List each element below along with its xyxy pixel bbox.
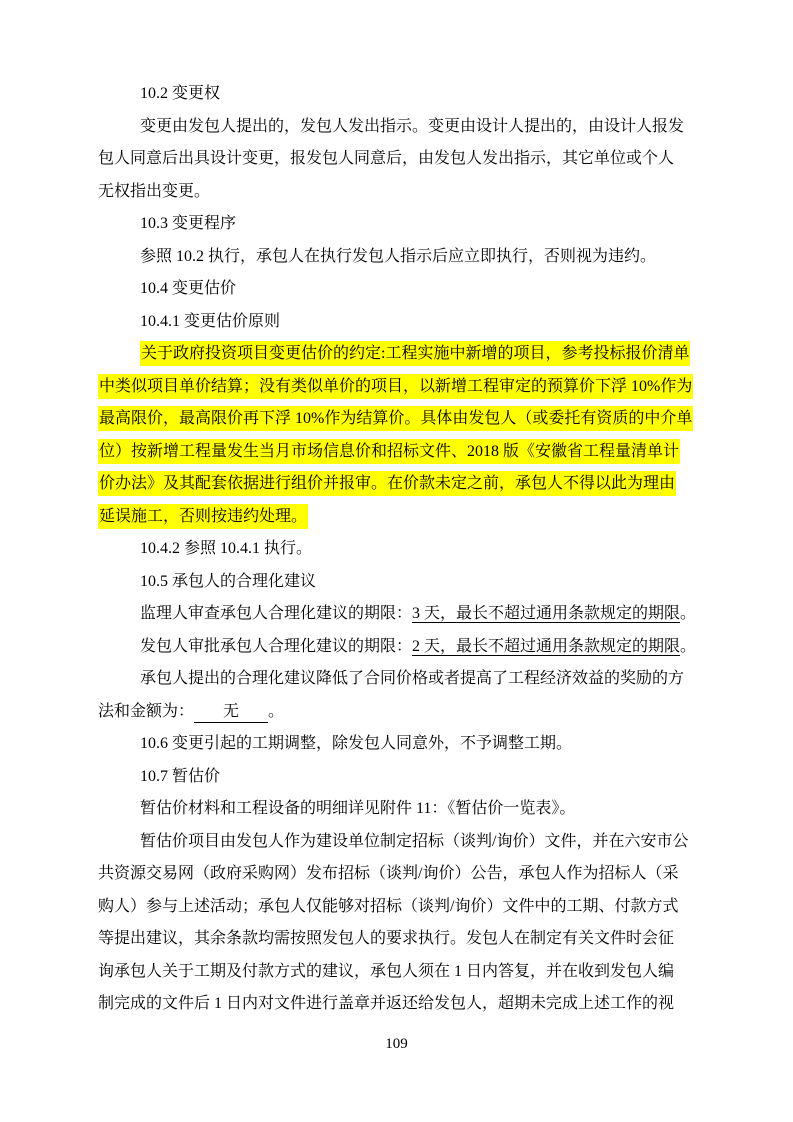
review-period-label: 监理人审查承包人合理化建议的期限： [140,605,412,622]
paragraph-line: 等提出建议，其余条款均需按照发包人的要求执行。发包人在制定有关文件时会征 [98,923,704,956]
paragraph-line: 承包人提出的合理化建议降低了合同价格或者提高了工程经济效益的奖励的方 [98,663,704,696]
paragraph-line: 变更由发包人提出的，发包人发出指示。变更由设计人提出的，由设计人报发 [98,111,704,144]
sentence-period: 。 [680,605,696,622]
highlighted-text: 延误施工，否则按违约处理。 [98,504,308,529]
highlighted-text: 最高限价，最高限价再下浮 10%作为结算价。具体由发包人（或委托有资质的中介单 [98,406,693,431]
approve-period-line: 发包人审批承包人合理化建议的期限：2 天，最长不超过通用条款规定的期限。 [98,631,704,664]
heading-10-5: 10.5 承包人的合理化建议 [98,566,704,599]
heading-10-4-1: 10.4.1 变更估价原则 [98,306,704,339]
heading-10-2: 10.2 变更权 [98,78,704,111]
document-content: 10.2 变更权 变更由发包人提出的，发包人发出指示。变更由设计人提出的，由设计… [98,78,704,1021]
paragraph-line: 制完成的文件后 1 日内对文件进行盖章并返还给发包人，超期未完成上述工作的视 [98,988,704,1021]
highlighted-line: 价办法》及其配套依据进行组价并报审。在价款未定之前，承包人不得以此为理由 [98,468,704,501]
highlighted-line: 位）按新增工程量发生当月市场信息价和招标文件、2018 版《安徽省工程量清单计 [98,436,704,469]
reward-amount-line: 法和金额为：无。 [98,696,704,729]
document-page: 10.2 变更权 变更由发包人提出的，发包人发出指示。变更由设计人提出的，由设计… [0,0,793,1122]
paragraph-line: 共资源交易网（政府采购网）发布招标（谈判/询价）公告，承包人作为招标人（采 [98,858,704,891]
paragraph-line: 暂估价项目由发包人作为建设单位制定招标（谈判/询价）文件，并在六安市公 [98,826,704,859]
heading-10-4-2: 10.4.2 参照 10.4.1 执行。 [98,533,704,566]
highlighted-line: 中类似项目单价结算；没有类似单价的项目，以新增工程审定的预算价下浮 10%作为 [98,371,704,404]
highlighted-text: 中类似项目单价结算；没有类似单价的项目，以新增工程审定的预算价下浮 10%作为 [98,374,693,399]
reward-amount-label: 法和金额为： [98,703,194,720]
approve-period-label: 发包人审批承包人合理化建议的期限： [140,638,412,655]
highlighted-line: 关于政府投资项目变更估价的约定:工程实施中新增的项目，参考投标报价清单 [98,338,704,371]
paragraph-line: 无权指出变更。 [98,176,704,209]
heading-10-6: 10.6 变更引起的工期调整，除发包人同意外，不予调整工期。 [98,728,704,761]
approve-period-value: 2 天，最长不超过通用条款规定的期限 [412,638,680,655]
highlighted-text: 关于政府投资项目变更估价的约定:工程实施中新增的项目，参考投标报价清单 [140,341,690,366]
highlighted-text: 价办法》及其配套依据进行组价并报审。在价款未定之前，承包人不得以此为理由 [98,471,676,496]
sentence-period: 。 [680,638,696,655]
paragraph-line: 包人同意后出具设计变更，报发包人同意后，由发包人发出指示，其它单位或个人 [98,143,704,176]
highlighted-text: 位）按新增工程量发生当月市场信息价和招标文件、2018 版《安徽省工程量清单计 [98,439,680,464]
heading-10-4: 10.4 变更估价 [98,273,704,306]
highlighted-line: 最高限价，最高限价再下浮 10%作为结算价。具体由发包人（或委托有资质的中介单 [98,403,704,436]
review-period-line: 监理人审查承包人合理化建议的期限：3 天，最长不超过通用条款规定的期限。 [98,598,704,631]
paragraph-line: 暂估价材料和工程设备的明细详见附件 11：《暂估价一览表》。 [98,793,704,826]
paragraph-line: 询承包人关于工期及付款方式的建议，承包人须在 1 日内答复，并在收到发包人编 [98,956,704,989]
page-number: 109 [0,1034,793,1054]
heading-10-7: 10.7 暂估价 [98,761,704,794]
paragraph-line: 购人）参与上述活动；承包人仅能够对招标（谈判/询价）文件中的工期、付款方式 [98,891,704,924]
heading-10-3: 10.3 变更程序 [98,208,704,241]
paragraph-line: 参照 10.2 执行，承包人在执行发包人指示后应立即执行，否则视为违约。 [98,241,704,274]
highlighted-line: 延误施工，否则按违约处理。 [98,501,704,534]
review-period-value: 3 天，最长不超过通用条款规定的期限 [412,605,680,622]
sentence-period: 。 [268,703,284,720]
reward-amount-blank: 无 [194,702,268,723]
